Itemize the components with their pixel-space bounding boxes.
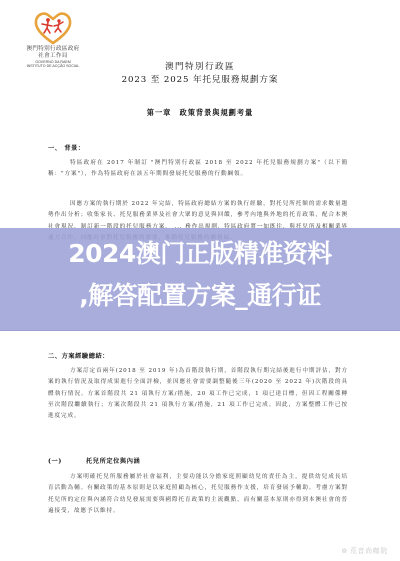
- weibo-icon: ⊚: [341, 547, 348, 555]
- watermark: ⊚荒音尚咖院: [341, 545, 388, 555]
- document-page: 澳門特別行政區政府 社會工作局 GOVERNO DA RAEM INSTITUT…: [0, 0, 400, 561]
- watermark-text: 荒音尚咖院: [350, 547, 388, 555]
- banner-headline-line2: ,解答配置方案_通行证: [0, 276, 400, 312]
- overlay-banner-text: 2024澳门正版精准资料 ,解答配置方案_通行证: [0, 0, 400, 561]
- banner-headline-line1: 2024澳门正版精准资料: [0, 234, 400, 270]
